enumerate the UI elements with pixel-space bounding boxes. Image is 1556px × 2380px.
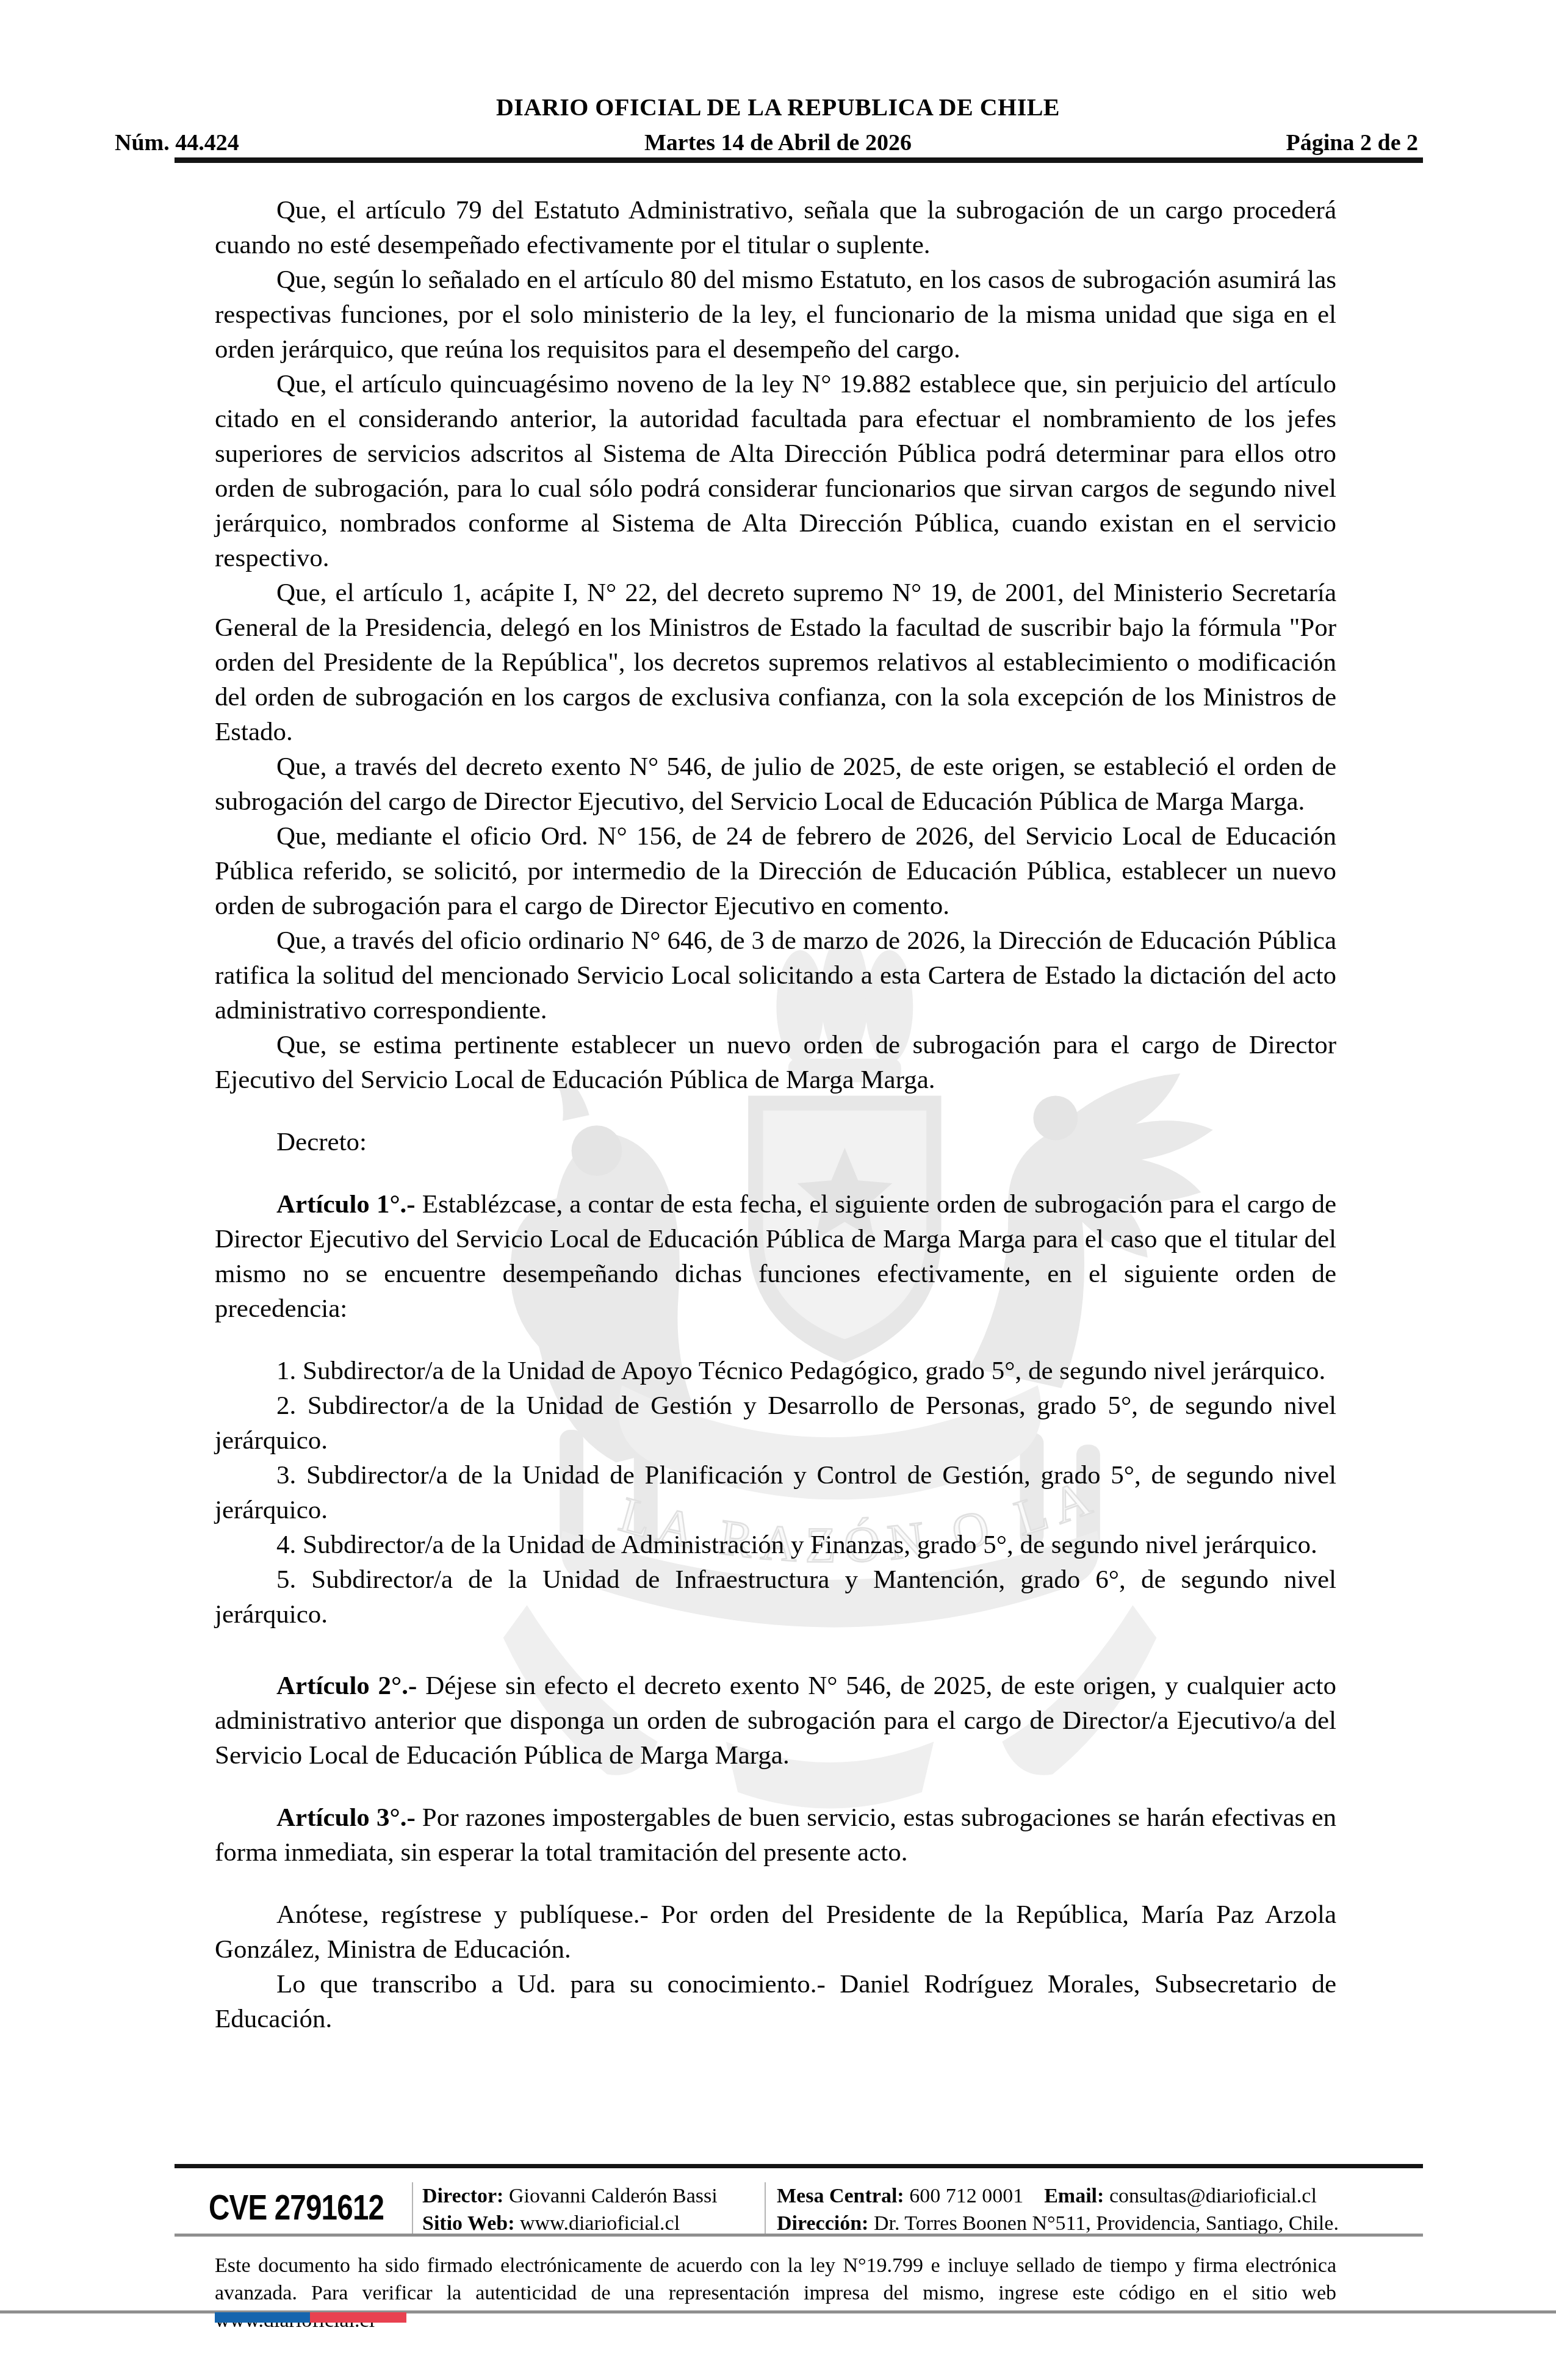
- footer-gray-rule: [175, 2234, 1423, 2237]
- articulo-2-label: Artículo 2°.-: [276, 1671, 417, 1700]
- mesa-central-value: 600 712 0001: [909, 2185, 1023, 2207]
- footer-contact-column: Mesa Central: 600 712 0001Email: consult…: [777, 2182, 1344, 2237]
- email-value: consultas@diarioficial.cl: [1109, 2185, 1317, 2207]
- direccion-value: Dr. Torres Boonen N°511, Providencia, Sa…: [874, 2212, 1339, 2235]
- direccion-label: Dirección:: [777, 2212, 868, 2235]
- footer-top-rule: [175, 2164, 1423, 2168]
- orden-item: 3. Subdirector/a de la Unidad de Planifi…: [215, 1458, 1336, 1527]
- considerando-paragraph: Que, a través del oficio ordinario N° 64…: [215, 923, 1336, 1028]
- articulo-2-paragraph: Artículo 2°.- Déjese sin efecto el decre…: [215, 1668, 1336, 1773]
- footer-divider: [412, 2182, 413, 2235]
- considerando-paragraph: Que, a través del decreto exento N° 546,…: [215, 749, 1336, 819]
- header-rule: [175, 157, 1423, 163]
- orden-item: 1. Subdirector/a de la Unidad de Apoyo T…: [215, 1354, 1336, 1388]
- gazette-page: LA RAZÓN O LA FUERZA DIARIO OFICIAL DE L…: [0, 0, 1556, 2380]
- articulo-3-label: Artículo 3°.-: [276, 1803, 416, 1832]
- considerando-paragraph: Que, mediante el oficio Ord. N° 156, de …: [215, 819, 1336, 923]
- orden-item: 4. Subdirector/a de la Unidad de Adminis…: [215, 1527, 1336, 1562]
- considerando-paragraph: Que, el artículo quincuagésimo noveno de…: [215, 367, 1336, 575]
- director-label: Director:: [422, 2185, 503, 2207]
- mesa-central-label: Mesa Central:: [777, 2185, 904, 2207]
- articulo-1-paragraph: Artículo 1°.- Establézcase, a contar de …: [215, 1187, 1336, 1326]
- contact-line: Mesa Central: 600 712 0001Email: consult…: [777, 2182, 1344, 2210]
- flag-blue-segment: [215, 2312, 310, 2323]
- footer-director-column: Director: Giovanni Calderón Bassi Sitio …: [422, 2182, 755, 2237]
- closing-paragraph: Anótese, regístrese y publíquese.- Por o…: [215, 1897, 1336, 1967]
- considerando-paragraph: Que, el artículo 1, acápite I, N° 22, de…: [215, 575, 1336, 749]
- cve-code: CVE 2791612: [209, 2187, 379, 2228]
- considerando-paragraph: Que, se estima pertinente establecer un …: [215, 1028, 1336, 1097]
- considerando-paragraph: Que, según lo señalado en el artículo 80…: [215, 262, 1336, 367]
- publication-title: DIARIO OFICIAL DE LA REPUBLICA DE CHILE: [0, 93, 1556, 121]
- footer-divider: [765, 2182, 766, 2235]
- sitio-web-label: Sitio Web:: [422, 2212, 514, 2235]
- considerando-paragraph: Que, el artículo 79 del Estatuto Adminis…: [215, 193, 1336, 262]
- footer-info-block: CVE 2791612 Director: Giovanni Calderón …: [209, 2182, 1338, 2237]
- header-meta-row: Núm. 44.424 Martes 14 de Abril de 2026 P…: [0, 129, 1556, 160]
- page-indicator: Página 2 de 2: [1286, 129, 1418, 156]
- director-value: Giovanni Calderón Bassi: [509, 2185, 718, 2207]
- closing-paragraph: Lo que transcribo a Ud. para su conocimi…: [215, 1967, 1336, 2036]
- articulo-1-label: Artículo 1°.-: [276, 1190, 416, 1219]
- sitio-web-value: www.diarioficial.cl: [520, 2212, 680, 2235]
- email-label: Email:: [1044, 2185, 1104, 2207]
- director-line: Director: Giovanni Calderón Bassi: [422, 2182, 755, 2210]
- decree-heading: Decreto:: [215, 1125, 1336, 1159]
- chile-flag-ribbon: [215, 2312, 406, 2323]
- decree-body: Que, el artículo 79 del Estatuto Adminis…: [215, 193, 1336, 2036]
- articulo-3-paragraph: Artículo 3°.- Por razones impostergables…: [215, 1800, 1336, 1870]
- orden-item: 2. Subdirector/a de la Unidad de Gestión…: [215, 1388, 1336, 1458]
- flag-red-segment: [310, 2312, 406, 2323]
- orden-item: 5. Subdirector/a de la Unidad de Infraes…: [215, 1562, 1336, 1632]
